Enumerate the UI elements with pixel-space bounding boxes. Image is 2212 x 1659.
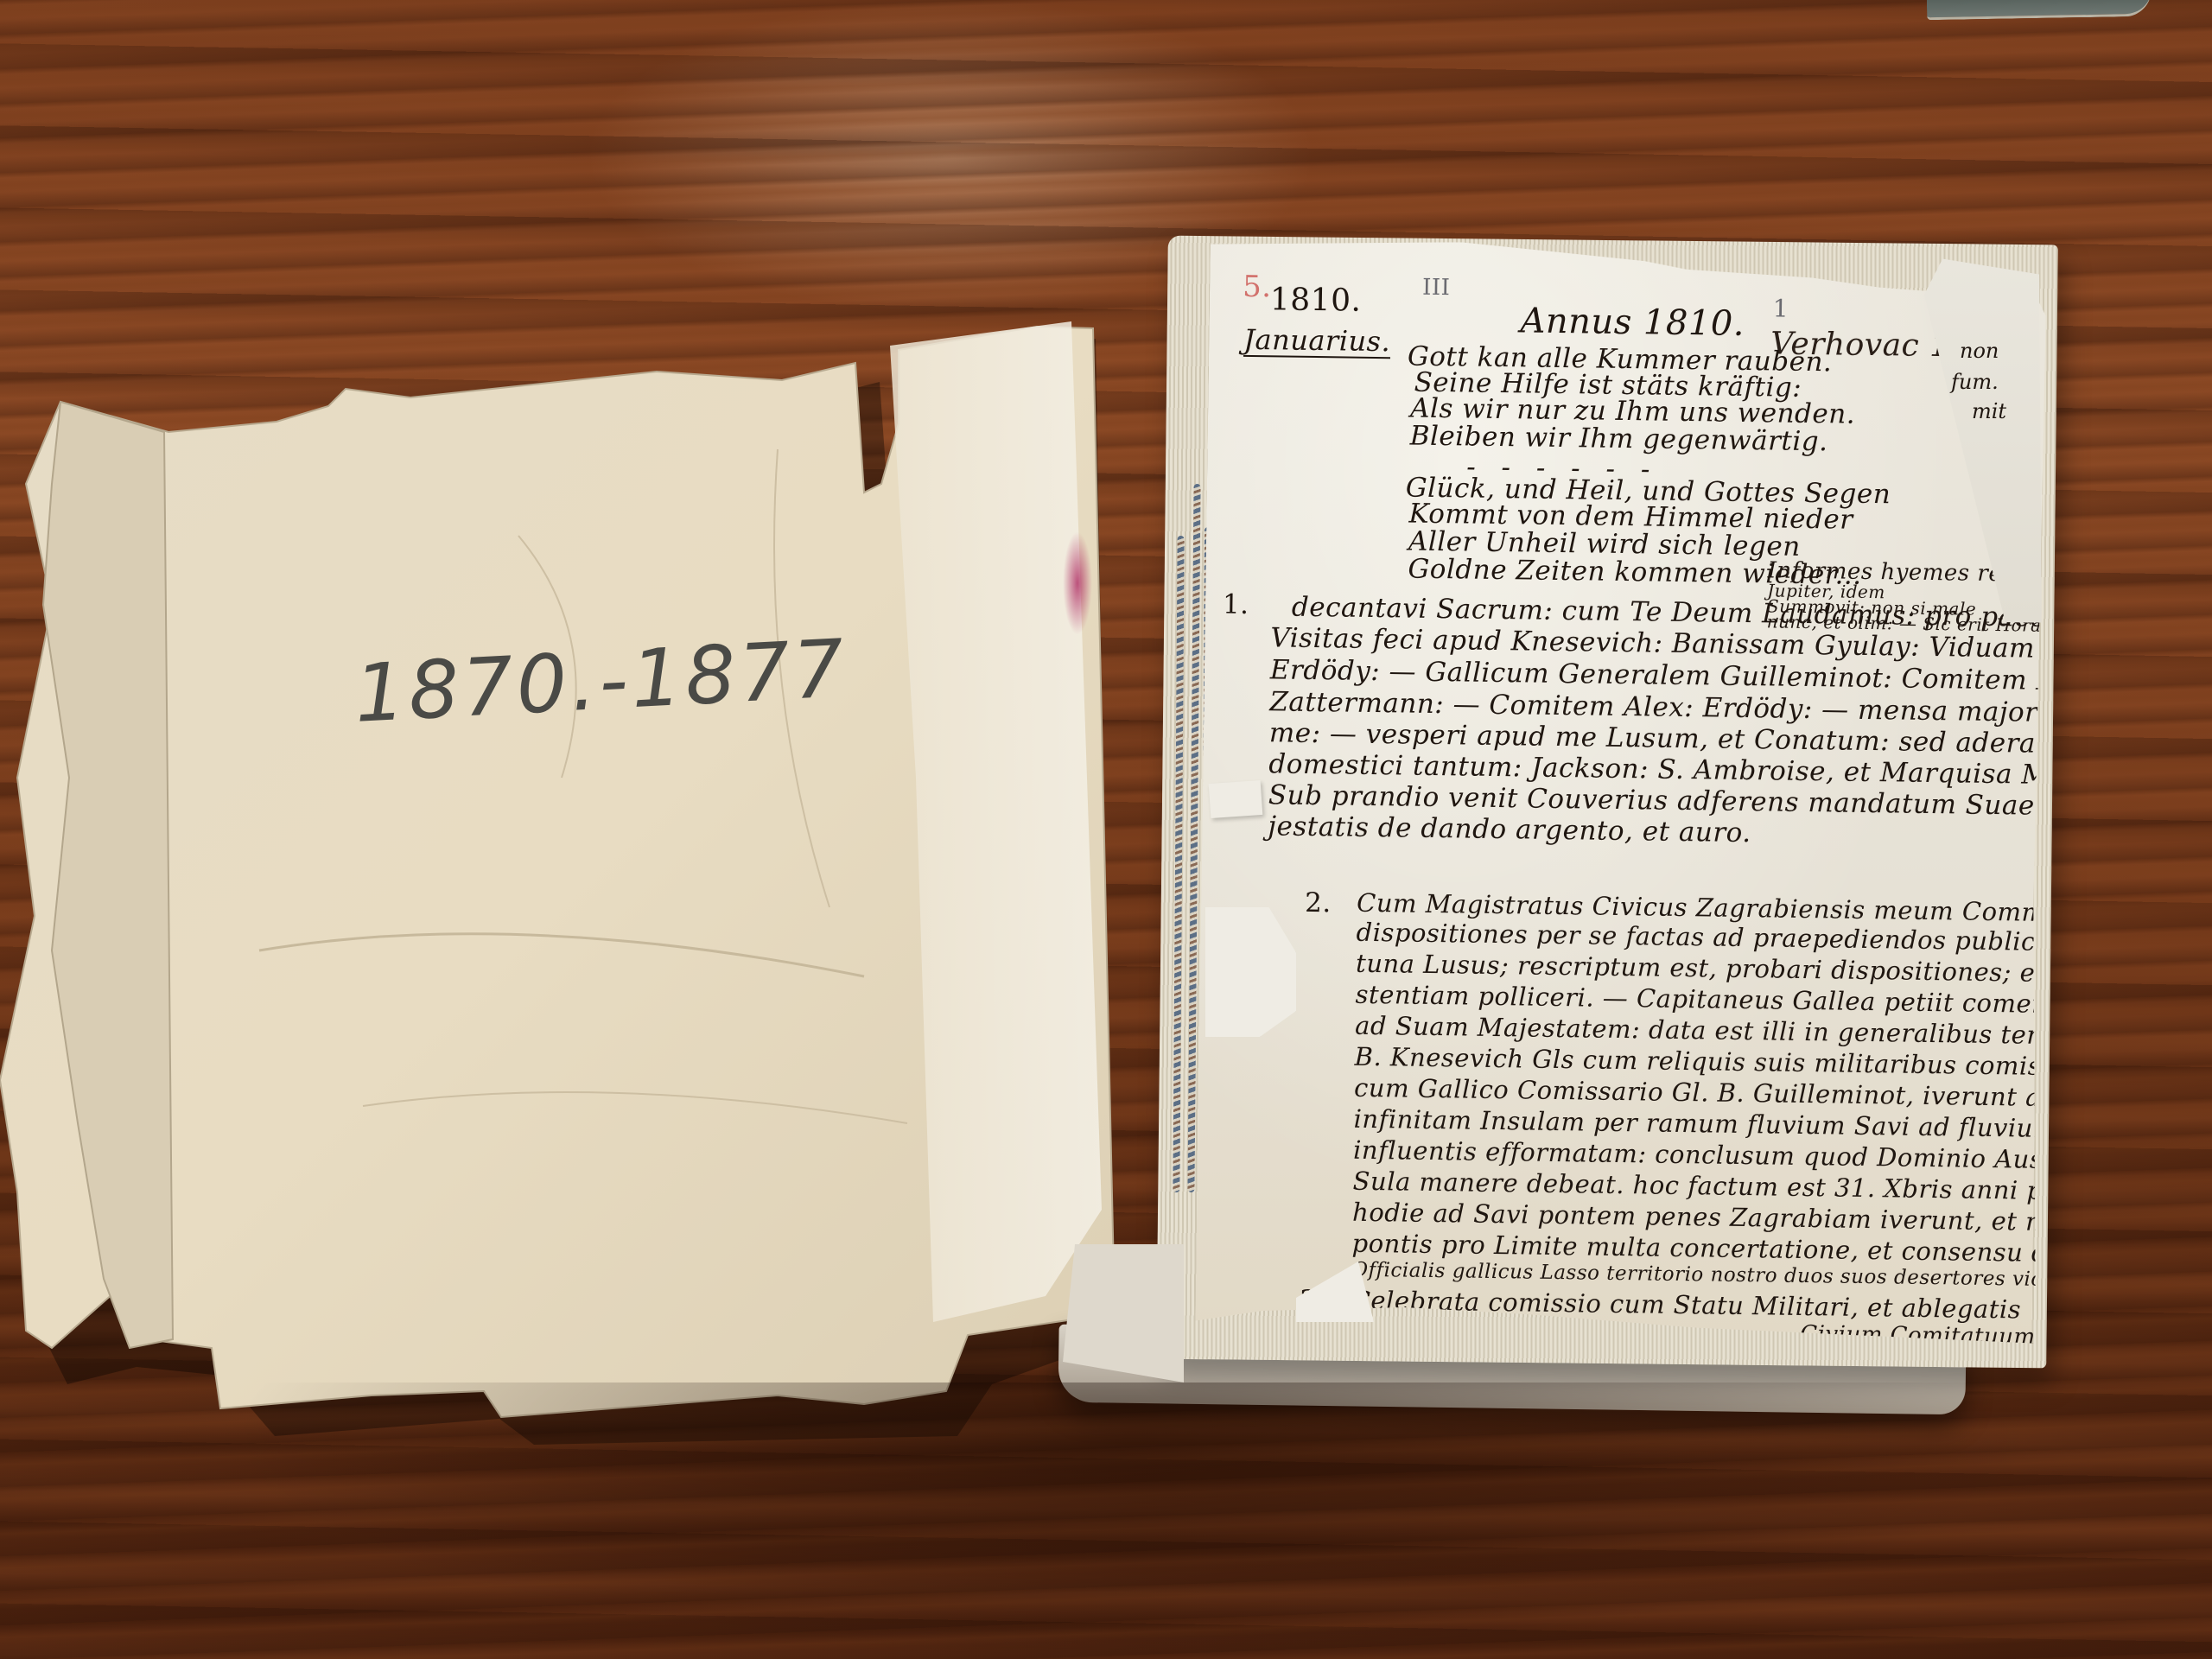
manuscript-page: 5. 1810. III Januarius. Annus 1810. 1 Ve… [1195,238,2047,1343]
page-heading: Annus 1810. [1520,303,1745,341]
adjacent-book-corner [1927,0,2152,20]
cover-pencil-title: 1870.-1877 [353,622,850,741]
red-corner-number: 5. [1243,272,1272,302]
roman-numeral: III [1422,276,1451,299]
margin-fragment: non [1960,339,1999,363]
margin-fragment: mit [1972,399,2006,423]
margin-year: 1810. [1270,284,1362,316]
red-ink-stain [1063,531,1092,635]
margin-month: Januarius. [1243,326,1390,359]
pencil-folio: 1 [1773,296,1789,321]
entry-number: 1. [1223,592,1249,619]
photo-scene: 1870.-1877 5. 1810. III Januarius. Annus… [0,0,2212,1659]
entry-line: jestatis de dando argento, et auro. [1268,813,1751,847]
paper-tab [1063,1244,1184,1382]
table-shadow [225,1382,2039,1659]
paper-tab [1209,780,1263,818]
entry-number: 2. [1305,890,1332,917]
margin-fragment: fum. [1951,370,1999,394]
